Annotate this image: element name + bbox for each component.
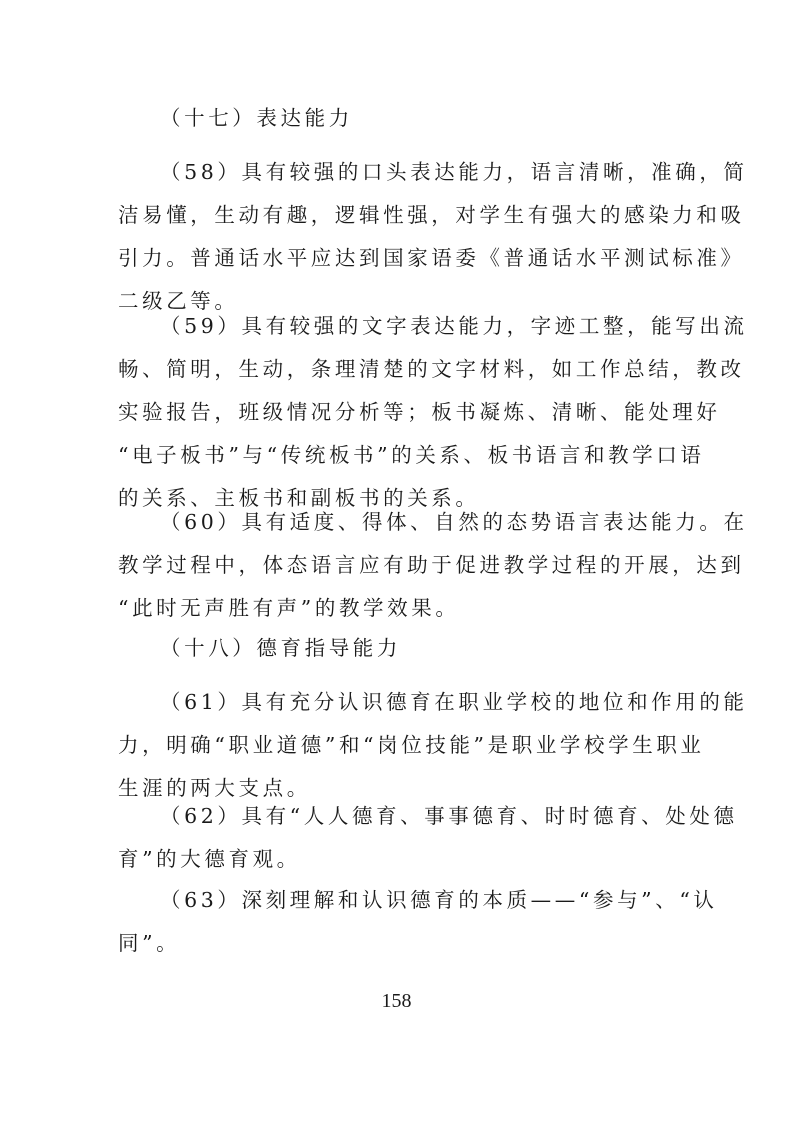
paragraph-line: 育”的大德育观。 (118, 847, 301, 871)
section-heading-17: （十七）表达能力 (160, 106, 353, 130)
page-number: 158 (0, 990, 793, 1013)
paragraph-line: 的关系、主板书和副板书的关系。 (118, 486, 480, 510)
paragraph-line: 教学过程中，体态语言应有助于促进教学过程的开展，达到 (118, 553, 745, 577)
document-page: （十七）表达能力 （58）具有较强的口头表达能力，语言清晰，准确，简 洁易懂，生… (0, 0, 793, 1122)
paragraph-line: （60）具有适度、得体、自然的态势语言表达能力。在 (160, 510, 748, 534)
paragraph-line: 生涯的两大支点。 (118, 776, 311, 800)
paragraph-line: （63）深刻理解和认识德育的本质——“参与”、“认 (160, 888, 718, 912)
paragraph-line: “此时无声胜有声”的教学效果。 (118, 596, 459, 620)
paragraph-line: 力，明确“职业道德”和“岗位技能”是职业学校学生职业 (118, 733, 705, 757)
paragraph-line: 引力。普通话水平应达到国家语委《普通话水平测试标准》 (118, 246, 745, 270)
paragraph-line: （62）具有“人人德育、事事德育、时时德育、处处德 (160, 804, 738, 828)
paragraph-line: 同”。 (118, 931, 180, 955)
paragraph-line: “电子板书”与“传统板书”的关系、板书语言和教学口语 (118, 443, 705, 467)
paragraph-line: （59）具有较强的文字表达能力，字迹工整，能写出流 (160, 314, 748, 338)
paragraph-line: 畅、简明，生动，条理清楚的文字材料，如工作总结，教改 (118, 357, 745, 381)
paragraph-line: （58）具有较强的口头表达能力，语言清晰，准确，简 (160, 160, 748, 184)
paragraph-line: 洁易懂，生动有趣，逻辑性强，对学生有强大的感染力和吸 (118, 203, 745, 227)
section-heading-18: （十八）德育指导能力 (160, 636, 401, 660)
paragraph-line: 实验报告，班级情况分析等；板书凝炼、清晰、能处理好 (118, 400, 721, 424)
paragraph-line: 二级乙等。 (118, 289, 239, 313)
paragraph-line: （61）具有充分认识德育在职业学校的地位和作用的能 (160, 690, 748, 714)
